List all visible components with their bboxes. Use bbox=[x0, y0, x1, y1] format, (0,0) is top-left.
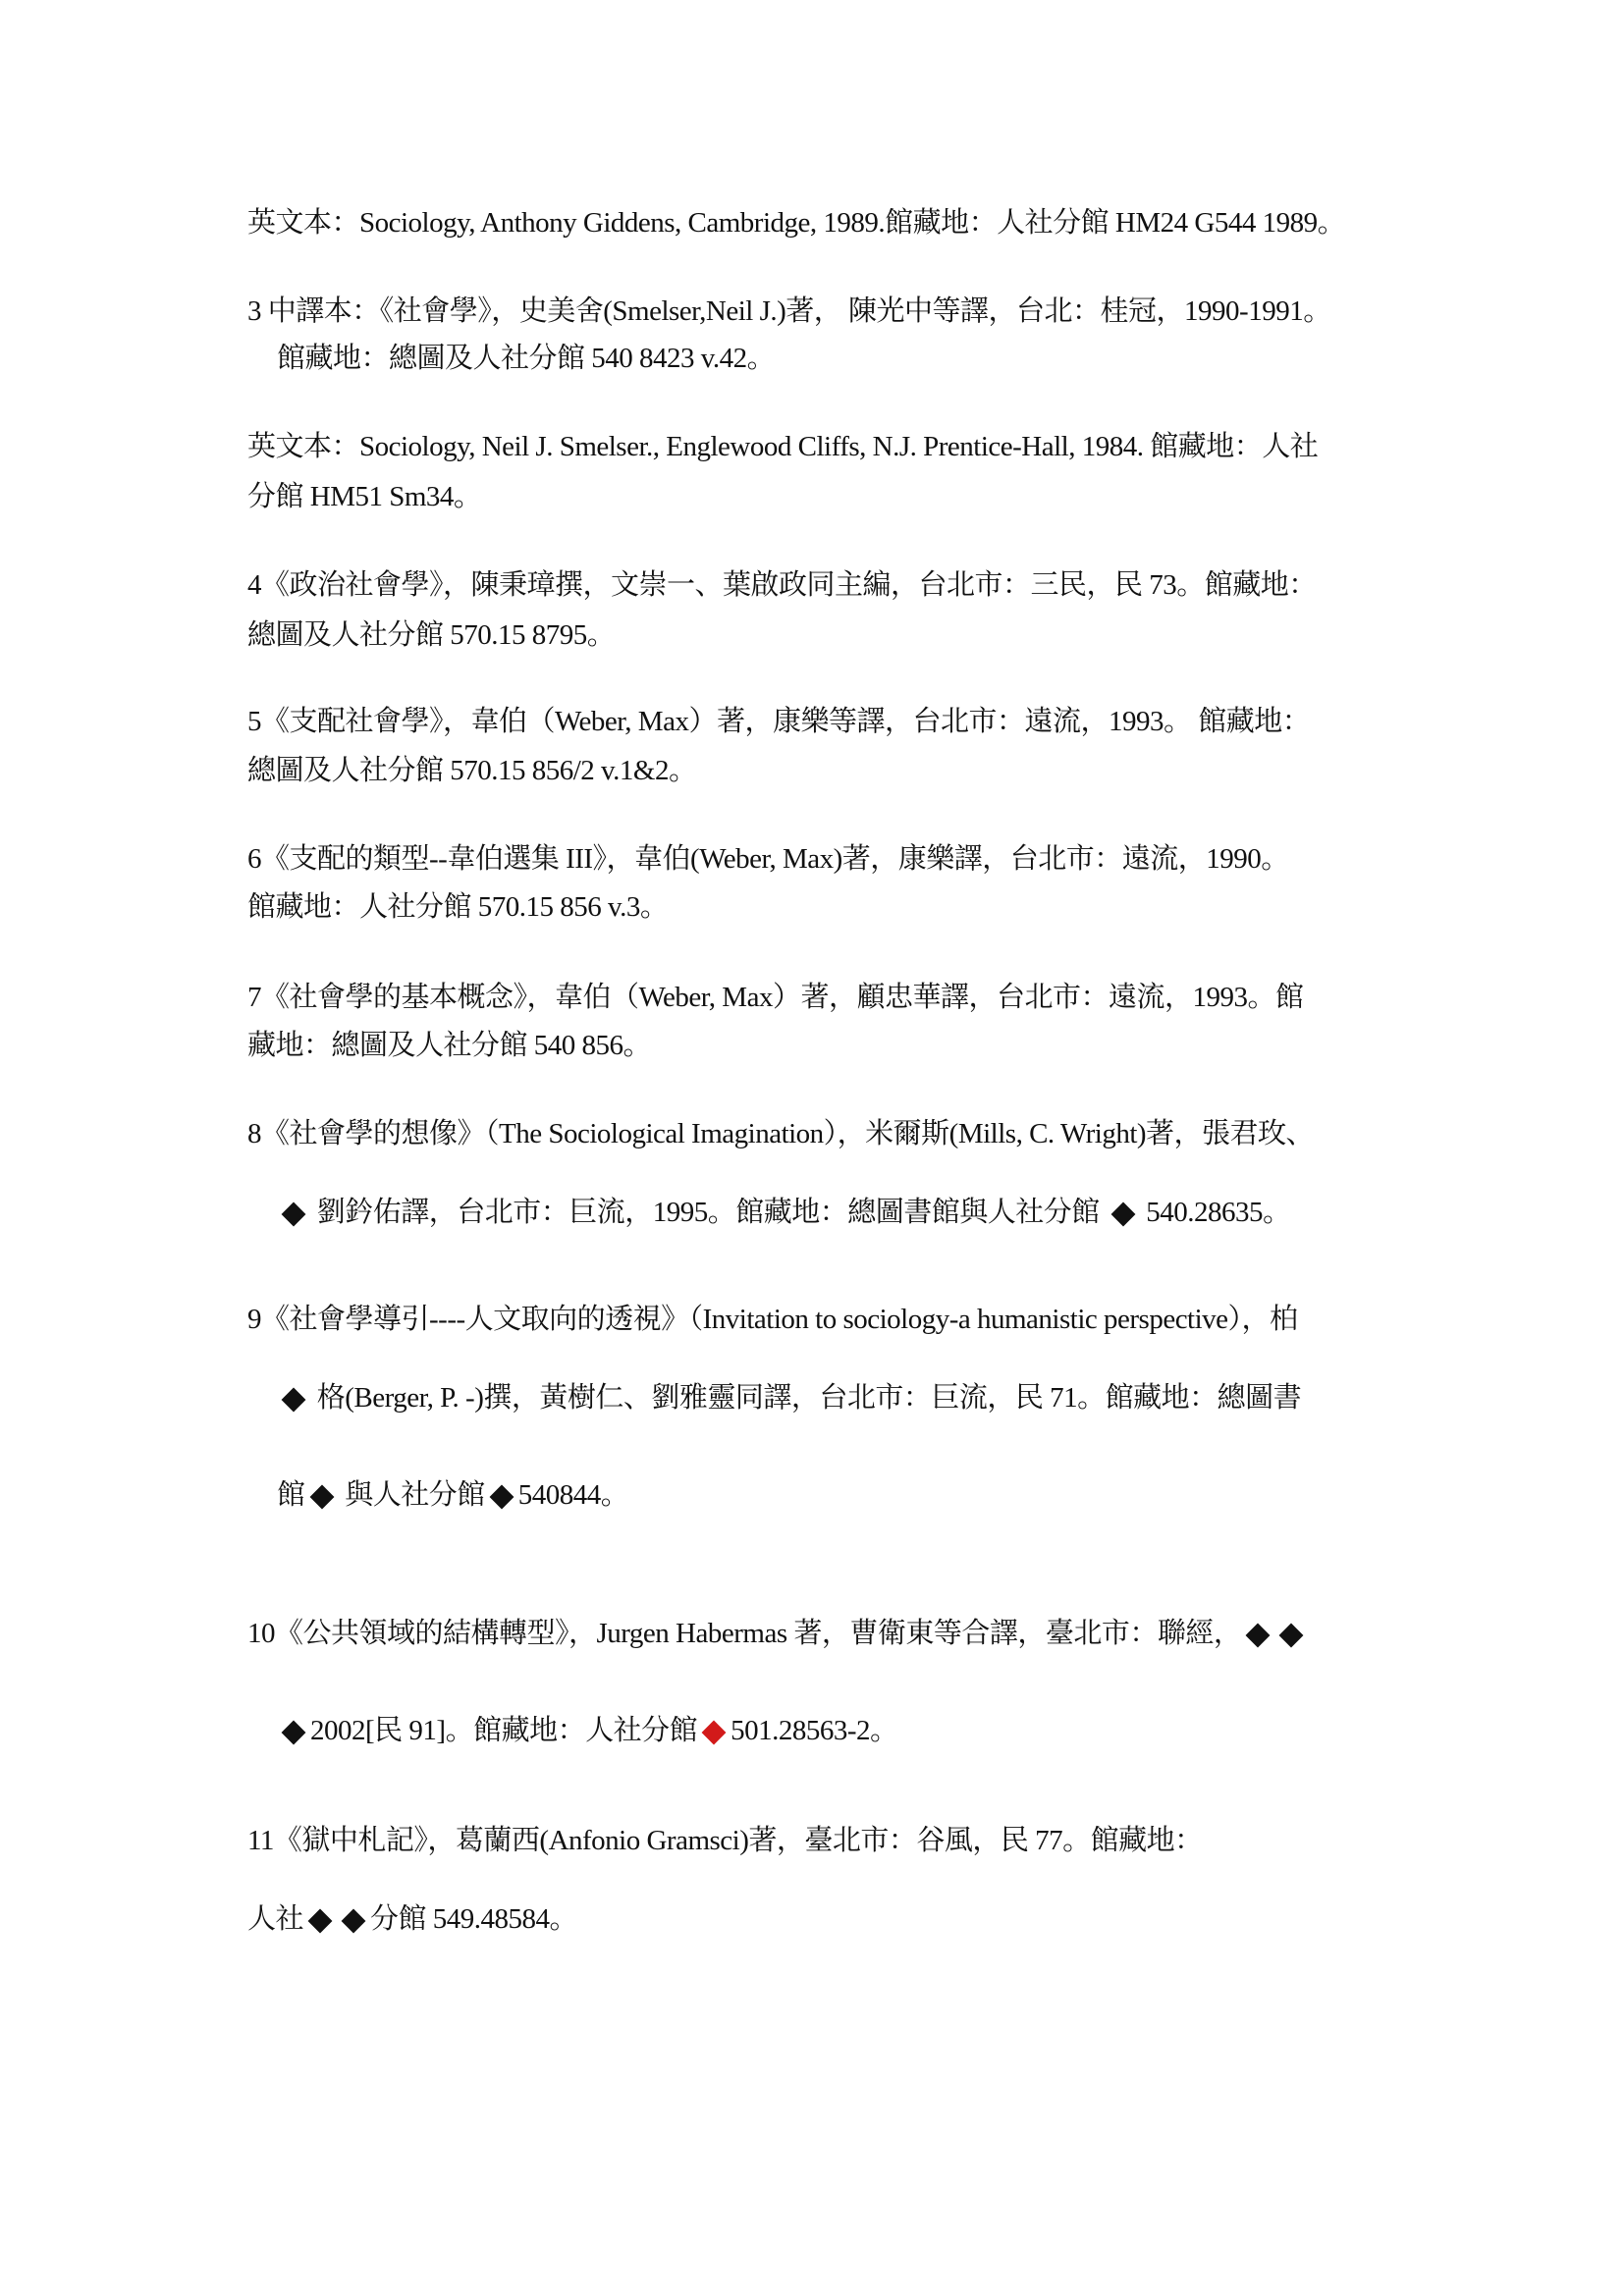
replacement-char-icon bbox=[1110, 1202, 1135, 1227]
english-edition-smelser-line-2: 分館 HM51 Sm34。 bbox=[247, 479, 481, 514]
replacement-char-icon bbox=[489, 1485, 514, 1510]
entry-9-line-3: 館 與人社分館540844。 bbox=[277, 1477, 628, 1513]
entry-7-line-2: 藏地：總圖及人社分館 540 856。 bbox=[247, 1028, 651, 1063]
entry-3-line-2: 館藏地：總圖及人社分館 540 8423 v.42。 bbox=[277, 341, 775, 376]
replacement-char-icon bbox=[308, 1909, 333, 1934]
entry-7-line-1: 7《社會學的基本概念》，韋伯（Weber, Max）著，顧忠華譯，台北市：遠流，… bbox=[247, 980, 1303, 1015]
entry-11-line-2: 人社分館 549.48584。 bbox=[247, 1901, 577, 1937]
entry-10-text-a: 10《公共領域的結構轉型》，Jurgen Habermas 著，曹衛東等合譯，臺… bbox=[247, 1618, 1241, 1649]
entry-8-text-a: 劉鈐佑譯，台北市：巨流，1995。館藏地：總圖書館與人社分館 bbox=[317, 1197, 1100, 1228]
entry-10-text-c: 501.28563-2。 bbox=[731, 1715, 897, 1746]
entry-4-line-2: 總圖及人社分館 570.15 8795。 bbox=[247, 617, 615, 653]
english-edition-giddens: 英文本：Sociology, Anthony Giddens, Cambridg… bbox=[247, 205, 1345, 240]
entry-11-line-1: 11《獄中札記》，葛蘭西(Anfonio Gramsci)著，臺北市：谷風，民 … bbox=[247, 1823, 1203, 1858]
entry-8-text-b: 540.28635。 bbox=[1146, 1197, 1290, 1228]
replacement-char-icon bbox=[309, 1485, 334, 1510]
entry-9-line-1: 9《社會學導引----人文取向的透視》（Invitation to sociol… bbox=[247, 1302, 1298, 1337]
entry-11-text-b: 分館 549.48584。 bbox=[370, 1903, 577, 1935]
replacement-char-red-icon bbox=[702, 1721, 727, 1745]
entry-10-line-2: 2002[民 91]。館藏地：人社分館501.28563-2。 bbox=[277, 1713, 898, 1748]
entry-10-text-b: 2002[民 91]。館藏地：人社分館 bbox=[310, 1715, 697, 1746]
replacement-char-icon bbox=[1246, 1624, 1271, 1648]
entry-6-line-2: 館藏地：人社分館 570.15 856 v.3。 bbox=[247, 889, 668, 925]
replacement-char-icon bbox=[282, 1202, 306, 1227]
entry-9-text-d: 540844。 bbox=[518, 1479, 629, 1511]
entry-9-text-a: 格(Berger, P. -)撰，黃樹仁、劉雅靈同譯，台北市：巨流，民 71。館… bbox=[317, 1382, 1301, 1414]
replacement-char-icon bbox=[1279, 1624, 1304, 1648]
entry-4-line-1: 4《政治社會學》，陳秉璋撰，文崇一、葉啟政同主編，台北市：三民，民 73。館藏地… bbox=[247, 567, 1317, 603]
entry-5-line-2: 總圖及人社分館 570.15 856/2 v.1&2。 bbox=[247, 753, 696, 788]
entry-5-line-1: 5《支配社會學》，韋伯（Weber, Max）著，康樂等譯，台北市：遠流，199… bbox=[247, 704, 1310, 739]
entry-11-text-a: 人社 bbox=[247, 1903, 303, 1935]
replacement-char-icon bbox=[282, 1388, 306, 1413]
entry-9-line-2: 格(Berger, P. -)撰，黃樹仁、劉雅靈同譯，台北市：巨流，民 71。館… bbox=[277, 1380, 1301, 1415]
entry-3-line-1: 3 中譯本：《社會學》，史美舍(Smelser,Neil J.)著， 陳光中等譯… bbox=[247, 294, 1331, 329]
entry-6-line-1: 6《支配的類型--韋伯選集 III》，韋伯(Weber, Max)著，康樂譯，台… bbox=[247, 841, 1289, 877]
entry-9-text-b: 館 bbox=[277, 1479, 305, 1511]
english-edition-smelser-line-1: 英文本：Sociology, Neil J. Smelser., Englewo… bbox=[247, 429, 1318, 464]
replacement-char-icon bbox=[342, 1909, 366, 1934]
replacement-char-icon bbox=[282, 1721, 306, 1745]
entry-9-text-c: 與人社分館 bbox=[345, 1479, 485, 1511]
entry-8-line-2: 劉鈐佑譯，台北市：巨流，1995。館藏地：總圖書館與人社分館 540.28635… bbox=[277, 1195, 1291, 1230]
entry-10-line-1: 10《公共領域的結構轉型》，Jurgen Habermas 著，曹衛東等合譯，臺… bbox=[247, 1616, 1308, 1651]
entry-8-line-1: 8《社會學的想像》（The Sociological Imagination），… bbox=[247, 1116, 1314, 1151]
